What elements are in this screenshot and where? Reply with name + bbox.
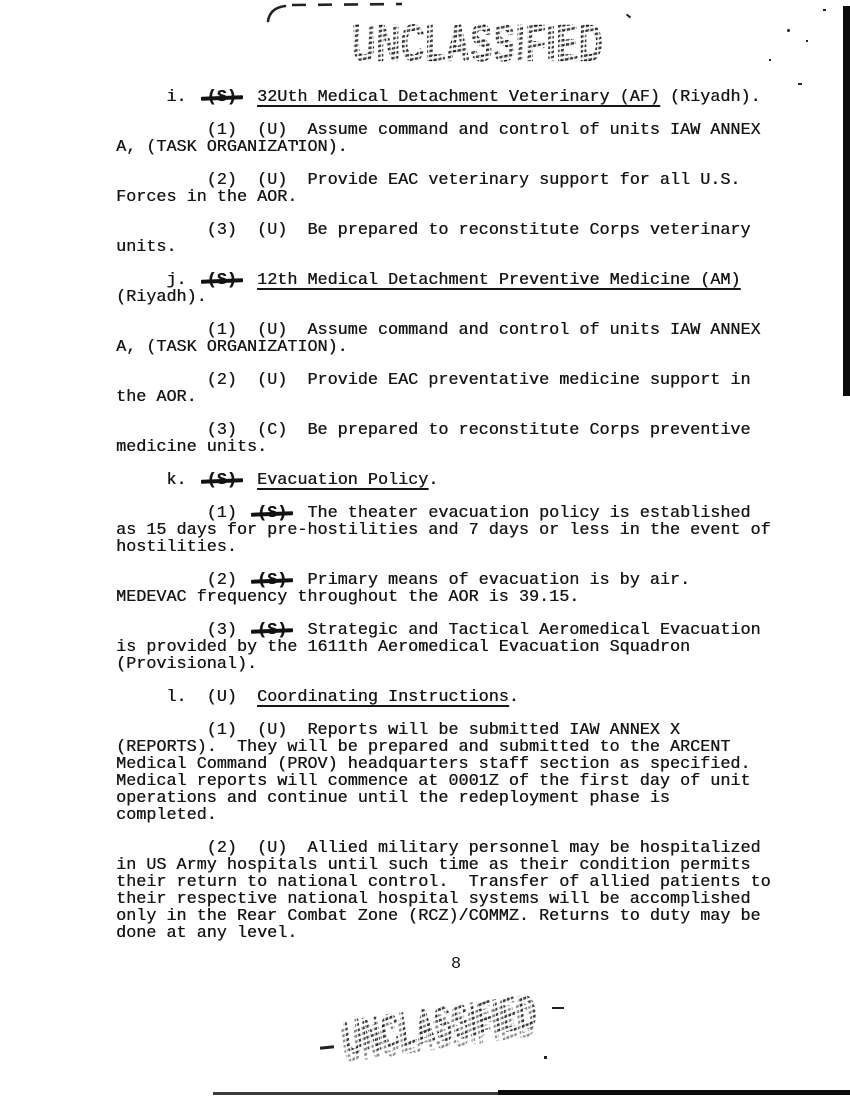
para-l-sub-1: (1) (U) Reports will be submitted IAW AN… xyxy=(116,722,810,824)
scan-artifact xyxy=(787,29,790,32)
para-item-j: j. (S) 12th Medical Detachment Preventiv… xyxy=(116,272,810,306)
para-k-sub-1: (1) (S) The theater evacuation policy is… xyxy=(116,505,810,556)
bottom-scan-line xyxy=(498,1090,850,1095)
para-i-sub-2: (2) (U) Provide EAC veterinary support f… xyxy=(116,172,810,206)
page-number: 8 xyxy=(116,956,796,973)
right-edge-scan-bar xyxy=(843,6,850,396)
scan-artifact xyxy=(552,1007,564,1009)
classification-marker-struck: (S) xyxy=(207,271,237,290)
scan-artifact xyxy=(769,59,771,61)
para-item-k: k. (S) Evacuation Policy. xyxy=(116,472,810,489)
para-k-sub-2: (2) (S) Primary means of evacuation is b… xyxy=(116,572,810,606)
para-k-sub-3: (3) (S) Strategic and Tactical Aeromedic… xyxy=(116,622,810,673)
scan-artifact xyxy=(544,1056,547,1059)
scan-artifact xyxy=(823,9,826,11)
underlined-heading: 32Uth Medical Detachment Veterinary (AF) xyxy=(257,88,660,107)
classification-marker-struck: (S) xyxy=(257,621,287,640)
classification-marker-struck: (S) xyxy=(207,88,237,107)
document-body: i. (S) 32Uth Medical Detachment Veterina… xyxy=(116,89,810,958)
para-item-i: i. (S) 32Uth Medical Detachment Veterina… xyxy=(116,89,810,106)
classification-marker-struck: (S) xyxy=(257,504,287,523)
para-i-sub-1: (1) (U) Assume command and control of un… xyxy=(116,122,810,156)
scan-artifact xyxy=(320,1045,334,1049)
unclassified-stamp-top: UNCLASSIFIED xyxy=(352,14,603,73)
underlined-heading: 12th Medical Detachment Preventive Medic… xyxy=(257,271,740,290)
para-l-sub-2: (2) (U) Allied military personnel may be… xyxy=(116,840,810,942)
scan-artifact xyxy=(626,14,631,19)
bottom-scan-line xyxy=(213,1092,513,1095)
unclassified-stamp-bottom: UNCLASSIFIED xyxy=(340,985,541,1067)
para-j-sub-2: (2) (U) Provide EAC preventative medicin… xyxy=(116,372,810,406)
classification-marker-struck: (S) xyxy=(257,571,287,590)
scan-artifact xyxy=(798,83,802,85)
para-j-sub-1: (1) (U) Assume command and control of un… xyxy=(116,322,810,356)
para-item-l: l. (U) Coordinating Instructions. xyxy=(116,689,810,706)
para-i-sub-3: (3) (U) Be prepared to reconstitute Corp… xyxy=(116,222,810,256)
scan-artifact xyxy=(296,141,298,145)
underlined-heading: Coordinating Instructions xyxy=(257,688,509,707)
underlined-heading: Evacuation Policy xyxy=(257,471,428,490)
scan-artifact xyxy=(806,40,808,42)
para-j-sub-3: (3) (C) Be prepared to reconstitute Corp… xyxy=(116,422,810,456)
classification-marker-struck: (S) xyxy=(207,471,237,490)
